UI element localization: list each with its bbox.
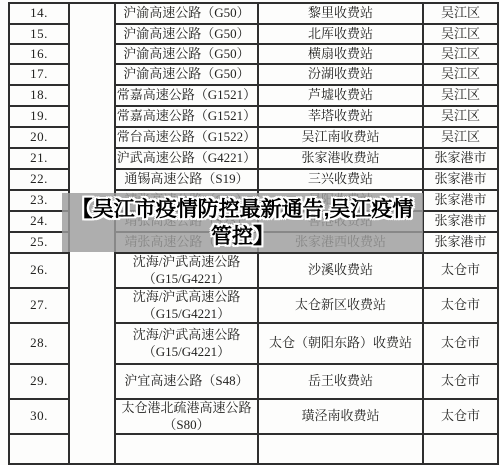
station-cell: 莘塔收费站 bbox=[258, 106, 423, 127]
road-cell: 沪渝高速公路（G50） bbox=[115, 44, 258, 64]
district-cell: 张家港市 bbox=[423, 211, 498, 232]
row-number-cell: 16. bbox=[9, 44, 69, 64]
row-number-cell bbox=[9, 434, 69, 445]
road-cell: 沪渝高速公路（G50） bbox=[115, 64, 258, 85]
road-cell: 沪武高速公路（G4221） bbox=[115, 148, 258, 169]
road-cell: 沈海/沪武高速公路（G15/G4221） bbox=[115, 288, 258, 323]
district-cell: 吴江区 bbox=[423, 3, 498, 24]
district-cell: 太仓市 bbox=[423, 253, 498, 288]
station-cell: 张家港西收费站 bbox=[258, 232, 423, 253]
station-cell: 张家港收费站 bbox=[258, 148, 423, 169]
row-number-cell: 21. bbox=[9, 148, 69, 169]
station-cell: 黎里收费站 bbox=[258, 3, 423, 24]
district-cell: 吴江区 bbox=[423, 85, 498, 106]
road-name-line1: 靖张高速公路（S23） bbox=[116, 234, 257, 250]
station-cell: 璜泾南收费站 bbox=[258, 399, 423, 434]
road-name-line1: 沪渝高速公路（G50） bbox=[116, 46, 257, 62]
row-number-cell: 29. bbox=[9, 364, 69, 399]
station-cell: 横扇收费站 bbox=[258, 44, 423, 64]
road-name-line2: （G15/G4221） bbox=[116, 271, 257, 287]
row-number-cell: 15. bbox=[9, 24, 69, 44]
row-number-cell: 27. bbox=[9, 288, 69, 323]
station-cell: 三兴收费站 bbox=[258, 169, 423, 190]
district-cell: 吴江区 bbox=[423, 106, 498, 127]
road-cell: 靖张高速公路（S23） bbox=[115, 211, 258, 232]
road-name-line1: 靖张高速公路（S23） bbox=[116, 213, 257, 229]
district-cell bbox=[423, 434, 498, 445]
row-number-cell: 14. bbox=[9, 3, 69, 24]
road-cell: 常台高速公路（G1522） bbox=[115, 127, 258, 148]
row-number-cell: 22. bbox=[9, 169, 69, 190]
road-cell: 沪渝高速公路（G50） bbox=[115, 3, 258, 24]
station-cell: 芦墟收费站 bbox=[258, 85, 423, 106]
road-name-line1: 沪渝高速公路（G50） bbox=[116, 26, 257, 42]
road-cell: 太仓港北疏港高速公路（S80） bbox=[115, 399, 258, 434]
row-number-cell: 28. bbox=[9, 323, 69, 364]
road-cell: 常嘉高速公路（G1521） bbox=[115, 85, 258, 106]
road-name-line1: 沪渝高速公路（G50） bbox=[116, 66, 257, 82]
station-cell: 太仓（朝阳东路）收费站 bbox=[258, 323, 423, 364]
district-cell: 张家港市 bbox=[423, 169, 498, 190]
road-cell: 沪宜高速公路（S48） bbox=[115, 364, 258, 399]
row-number-cell: 17. bbox=[9, 64, 69, 85]
district-cell: 太仓市 bbox=[423, 323, 498, 364]
district-cell: 张家港市 bbox=[423, 190, 498, 211]
station-cell: 吴江南收费站 bbox=[258, 127, 423, 148]
district-cell: 太仓市 bbox=[423, 364, 498, 399]
road-cell: 靖张高速公路（S23） bbox=[115, 232, 258, 253]
district-cell: 吴江区 bbox=[423, 24, 498, 44]
station-cell: 晨阳收费站 bbox=[258, 190, 423, 211]
row-number-cell: 24. bbox=[9, 211, 69, 232]
road-cell: 沈海/沪武高速公路（G15/G4221） bbox=[115, 253, 258, 288]
road-name-line2: （G15/G4221） bbox=[116, 306, 257, 322]
road-cell: 沪渝高速公路（G50） bbox=[115, 24, 258, 44]
road-name-line1: 常台高速公路（G1522） bbox=[116, 129, 257, 145]
row-number-cell: 19. bbox=[9, 106, 69, 127]
row-number-cell: 23. bbox=[9, 190, 69, 211]
row-number-cell: 30. bbox=[9, 399, 69, 434]
road-cell: 沈海/沪武高速公路（G15/G4221） bbox=[115, 323, 258, 364]
district-cell: 吴江区 bbox=[423, 64, 498, 85]
road-name-line1: 沈海/沪武高速公路 bbox=[116, 327, 257, 343]
station-cell bbox=[258, 434, 423, 445]
road-name-line1: 沈海/沪武高速公路 bbox=[116, 254, 257, 270]
district-cell: 张家港市 bbox=[423, 148, 498, 169]
station-cell: 善港收费站 bbox=[258, 211, 423, 232]
toll-station-table-wrap: 14.沪渝高速公路（G50）黎里收费站吴江区15.沪渝高速公路（G50）北厍收费… bbox=[8, 2, 497, 445]
station-cell: 北厍收费站 bbox=[258, 24, 423, 44]
merged-empty-cell bbox=[69, 3, 115, 445]
station-cell: 岳王收费站 bbox=[258, 364, 423, 399]
row-number-cell: 18. bbox=[9, 85, 69, 106]
road-name-line1: 沪武高速公路（G4221） bbox=[116, 150, 257, 166]
district-cell: 吴江区 bbox=[423, 44, 498, 64]
road-name-line2: （G15/G4221） bbox=[116, 344, 257, 360]
row-number-cell: 26. bbox=[9, 253, 69, 288]
district-cell: 太仓市 bbox=[423, 288, 498, 323]
road-name-line1: 通锡高速公路（S19） bbox=[116, 171, 257, 187]
station-cell: 汾湖收费站 bbox=[258, 64, 423, 85]
road-name-line1: 常嘉高速公路（G1521） bbox=[116, 87, 257, 103]
road-cell: 通锡高速公路（S19） bbox=[115, 169, 258, 190]
road-name-line1: 常嘉高速公路（G1521） bbox=[116, 108, 257, 124]
table-row: 14.沪渝高速公路（G50）黎里收费站吴江区 bbox=[9, 3, 498, 24]
road-cell: 常嘉高速公路（G1521） bbox=[115, 106, 258, 127]
toll-station-table: 14.沪渝高速公路（G50）黎里收费站吴江区15.沪渝高速公路（G50）北厍收费… bbox=[8, 2, 499, 445]
road-name-line1: 沪渝高速公路（G50） bbox=[116, 5, 257, 21]
district-cell: 太仓市 bbox=[423, 399, 498, 434]
road-name-line1: 太仓港北疏港高速公路 bbox=[116, 400, 257, 416]
road-name-line1: 沈海/沪武高速公路 bbox=[116, 289, 257, 305]
road-name-line1: 沪宜高速公路（S48） bbox=[116, 373, 257, 389]
district-cell: 张家港市 bbox=[423, 232, 498, 253]
road-cell bbox=[115, 434, 258, 445]
station-cell: 太仓新区收费站 bbox=[258, 288, 423, 323]
row-number-cell: 25. bbox=[9, 232, 69, 253]
road-name-line2: （S80） bbox=[116, 417, 257, 433]
station-cell: 沙溪收费站 bbox=[258, 253, 423, 288]
district-cell: 吴江区 bbox=[423, 127, 498, 148]
road-name-line1: 靖张高速公路（S23） bbox=[116, 192, 257, 208]
row-number-cell: 20. bbox=[9, 127, 69, 148]
road-cell: 靖张高速公路（S23） bbox=[115, 190, 258, 211]
